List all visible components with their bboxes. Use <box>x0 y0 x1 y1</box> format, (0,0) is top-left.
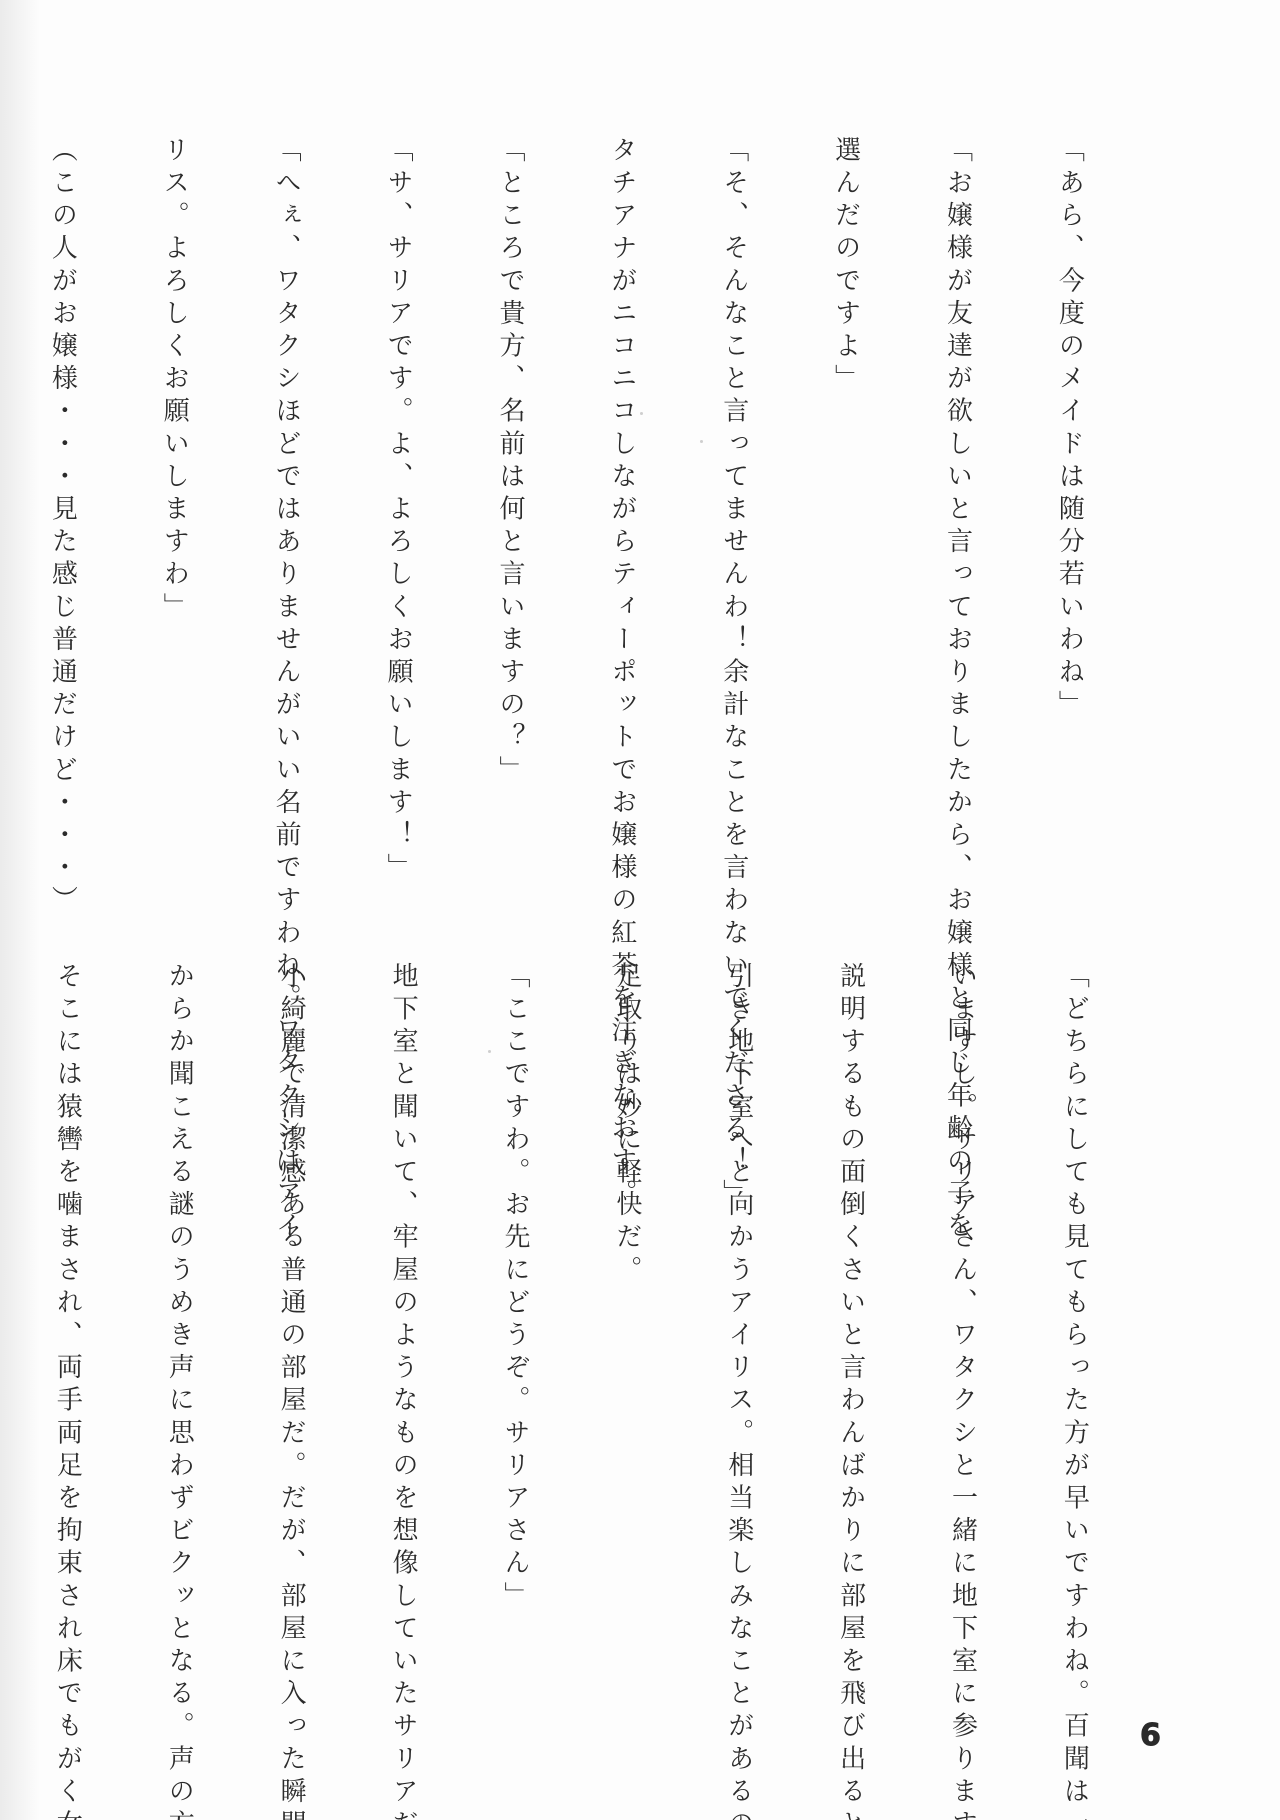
text-line: 説明するもの面倒くさいと言わんばかりに部屋を飛び出ると、サリアの手を <box>831 962 868 1702</box>
text-line: そこには猿轡を噛まされ、両手両足を拘束され床でもがく女性の姿があった。 <box>48 962 85 1702</box>
text-line: 地下室と聞いて、牢屋のようなものを想像していたサリアだったが、意外と <box>384 962 421 1702</box>
scan-speck <box>640 412 643 415</box>
text-line: からか聞こえる謎のうめき声に思わずビクッとなる。声の方向を確認すると、 <box>160 962 197 1702</box>
text-line: 「ところで貴方、名前は何と言いますの？」 <box>491 136 528 871</box>
text-line: 小綺麗で清潔感ある普通の部屋だ。だが、部屋に入った瞬間。サリアはどこ <box>272 962 309 1702</box>
text-line: 選んだのですよ」 <box>826 136 863 871</box>
text-line: 引き地下室へと向かうアイリス。相当楽しみなことがあるのだろうか？その <box>719 962 756 1702</box>
text-block-lower: 「どちらにしても見てもらった方が早いですわね。百聞は一見に如かずとい いますし。… <box>0 962 1167 1702</box>
text-line: 「へぇ、ワタクシほどではありませんがいい名前ですわね。ワタクシはアイ <box>267 136 304 871</box>
text-line: 「どちらにしても見てもらった方が早いですわね。百聞は一見に如かずとい <box>1055 962 1092 1702</box>
text-line: 「お嬢様が友達が欲しいと言っておりましたから、お嬢様と同じ年齢の子を <box>938 136 975 871</box>
scan-speck <box>700 440 703 443</box>
text-block-upper: 「あら、今度のメイドは随分若いわね」 「お嬢様が友達が欲しいと言っておりましたか… <box>0 136 1162 871</box>
scan-speck <box>488 1050 491 1053</box>
text-line: タチアナがニコニコしながらティーポットでお嬢様の紅茶を注ぎなおす。 <box>603 136 640 871</box>
text-line: 「あら、今度のメイドは随分若いわね」 <box>1050 136 1087 871</box>
text-line: 「サ、サリアです。よ、よろしくお願いします！」 <box>379 136 416 871</box>
text-line: （この人がお嬢様・・・見た感じ普通だけど・・・） <box>43 136 80 871</box>
text-line: 足取りは妙に軽快だ。 <box>608 962 645 1702</box>
text-line: いますし。サリアさん、ワタクシと一緒に地下室に参りますわよ」 <box>943 962 980 1702</box>
text-line: リス。よろしくお願いしますわ」 <box>155 136 192 871</box>
text-line: 「そ、そんなこと言ってませんわ！余計なことを言わないでくださる！」 <box>714 136 751 871</box>
page-number: 6 <box>1140 1718 1161 1754</box>
text-line: 「ここですわ。お先にどうぞ。サリアさん」 <box>496 962 533 1702</box>
